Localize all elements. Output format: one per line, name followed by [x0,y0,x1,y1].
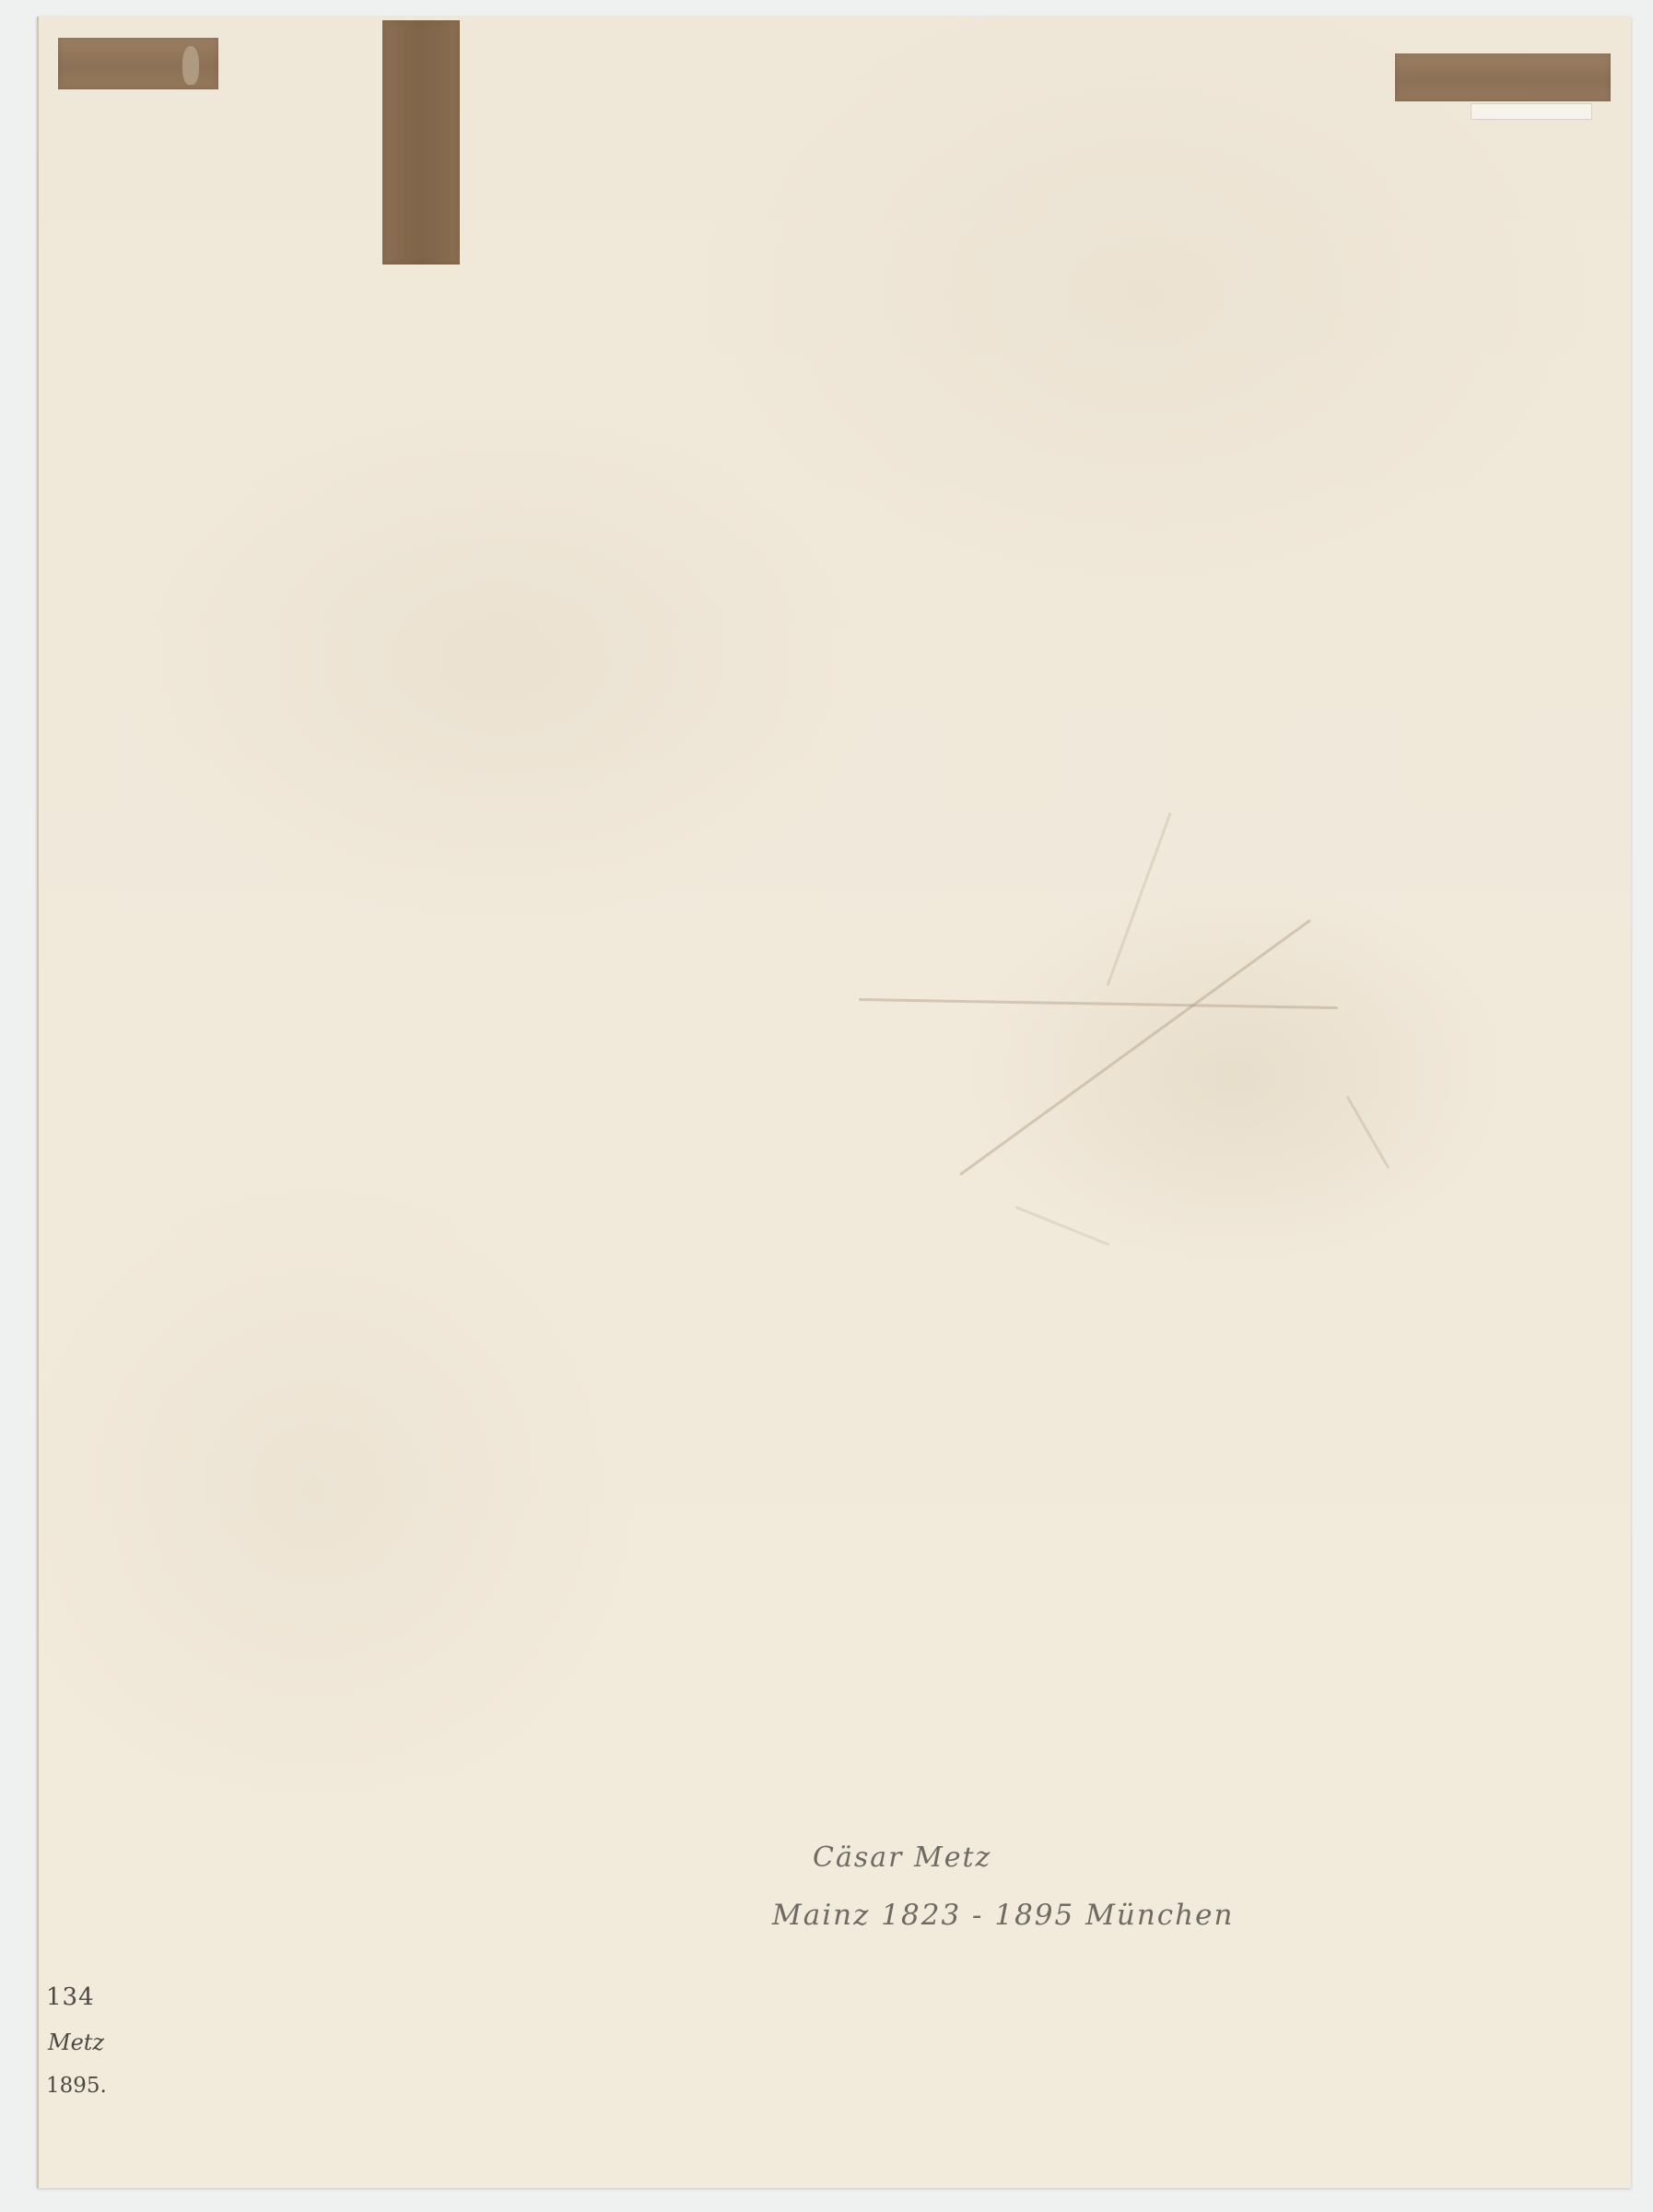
stain-line [1014,1206,1109,1246]
tape-tear-mark [182,46,199,85]
top-right-paper-strip [1471,103,1592,120]
short-name-inscription: Metz [48,2030,104,2055]
inventory-number: 134 [46,1983,95,2011]
stain-line [1107,812,1172,986]
stain-line [1346,1096,1390,1169]
stain-line [959,919,1311,1176]
artist-life-inscription: Mainz 1823 - 1895 München [772,1899,1234,1932]
stain-line [859,998,1338,1009]
year-inscription: 1895. [46,2074,107,2098]
top-right-tape [1395,53,1611,101]
artist-name-inscription: Cäsar Metz [813,1841,991,1874]
top-center-tape [382,20,460,265]
